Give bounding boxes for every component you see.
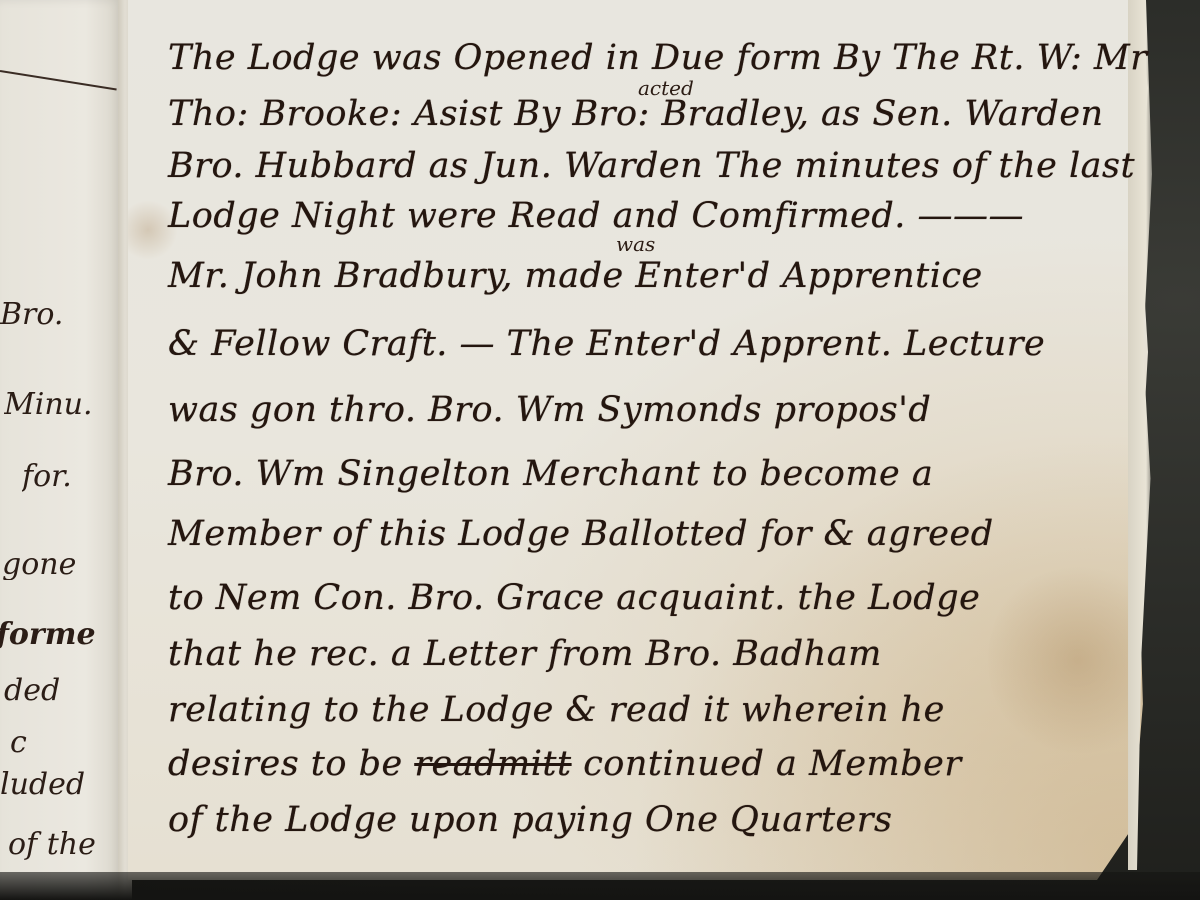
manuscript-line-2: Tho: Brooke: Asist By Bro: Bradley, as S… bbox=[168, 94, 1104, 134]
left-page: Bro. Minu. for. gone forme ded c luded o… bbox=[0, 0, 122, 900]
manuscript-line-14: of the Lodge upon paying One Quarters bbox=[168, 800, 892, 840]
left-fragment: Bro. bbox=[0, 300, 118, 330]
line-13-start: desires to be bbox=[168, 744, 403, 784]
struck-word: readmitt bbox=[414, 744, 571, 784]
left-page-rule bbox=[0, 70, 117, 90]
manuscript-line-6: & Fellow Craft. — The Enter'd Apprent. L… bbox=[168, 324, 1045, 364]
left-fragment: luded bbox=[0, 770, 118, 800]
manuscript-line-9: Member of this Lodge Ballotted for & agr… bbox=[168, 514, 994, 554]
left-fragment: ded bbox=[4, 676, 122, 706]
manuscript-line-8: Bro. Wm Singelton Merchant to become a bbox=[168, 454, 933, 494]
manuscript-line-12: relating to the Lodge & read it wherein … bbox=[168, 690, 945, 730]
manuscript-line-10: to Nem Con. Bro. Grace acquaint. the Lod… bbox=[168, 578, 980, 618]
manuscript-line-11: that he rec. a Letter from Bro. Badham bbox=[168, 634, 882, 674]
left-fragment: c bbox=[10, 728, 128, 758]
manuscript-line-1: The Lodge was Opened in Due form By The … bbox=[168, 38, 1148, 78]
manuscript-line-13: desires to be readmitt continued a Membe… bbox=[168, 744, 962, 784]
left-fragment: forme bbox=[0, 620, 114, 650]
line-13-end: continued a Member bbox=[583, 744, 961, 784]
left-fragment: of the bbox=[8, 830, 126, 860]
manuscript-line-7: was gon thro. Bro. Wm Symonds propos'd bbox=[168, 390, 931, 430]
left-fragment: Minu. bbox=[4, 390, 122, 420]
manuscript-line-5: Mr. John Bradbury, made Enter'd Apprenti… bbox=[168, 256, 983, 296]
bottom-shadow bbox=[0, 872, 1200, 900]
manuscript-line-3: Bro. Hubbard as Jun. Warden The minutes … bbox=[168, 146, 1135, 186]
interlinear-insertion: was bbox=[616, 232, 655, 256]
manuscript-line-4: Lodge Night were Read and Comfirmed. ——— bbox=[168, 196, 1024, 236]
left-fragment: gone bbox=[2, 550, 120, 580]
